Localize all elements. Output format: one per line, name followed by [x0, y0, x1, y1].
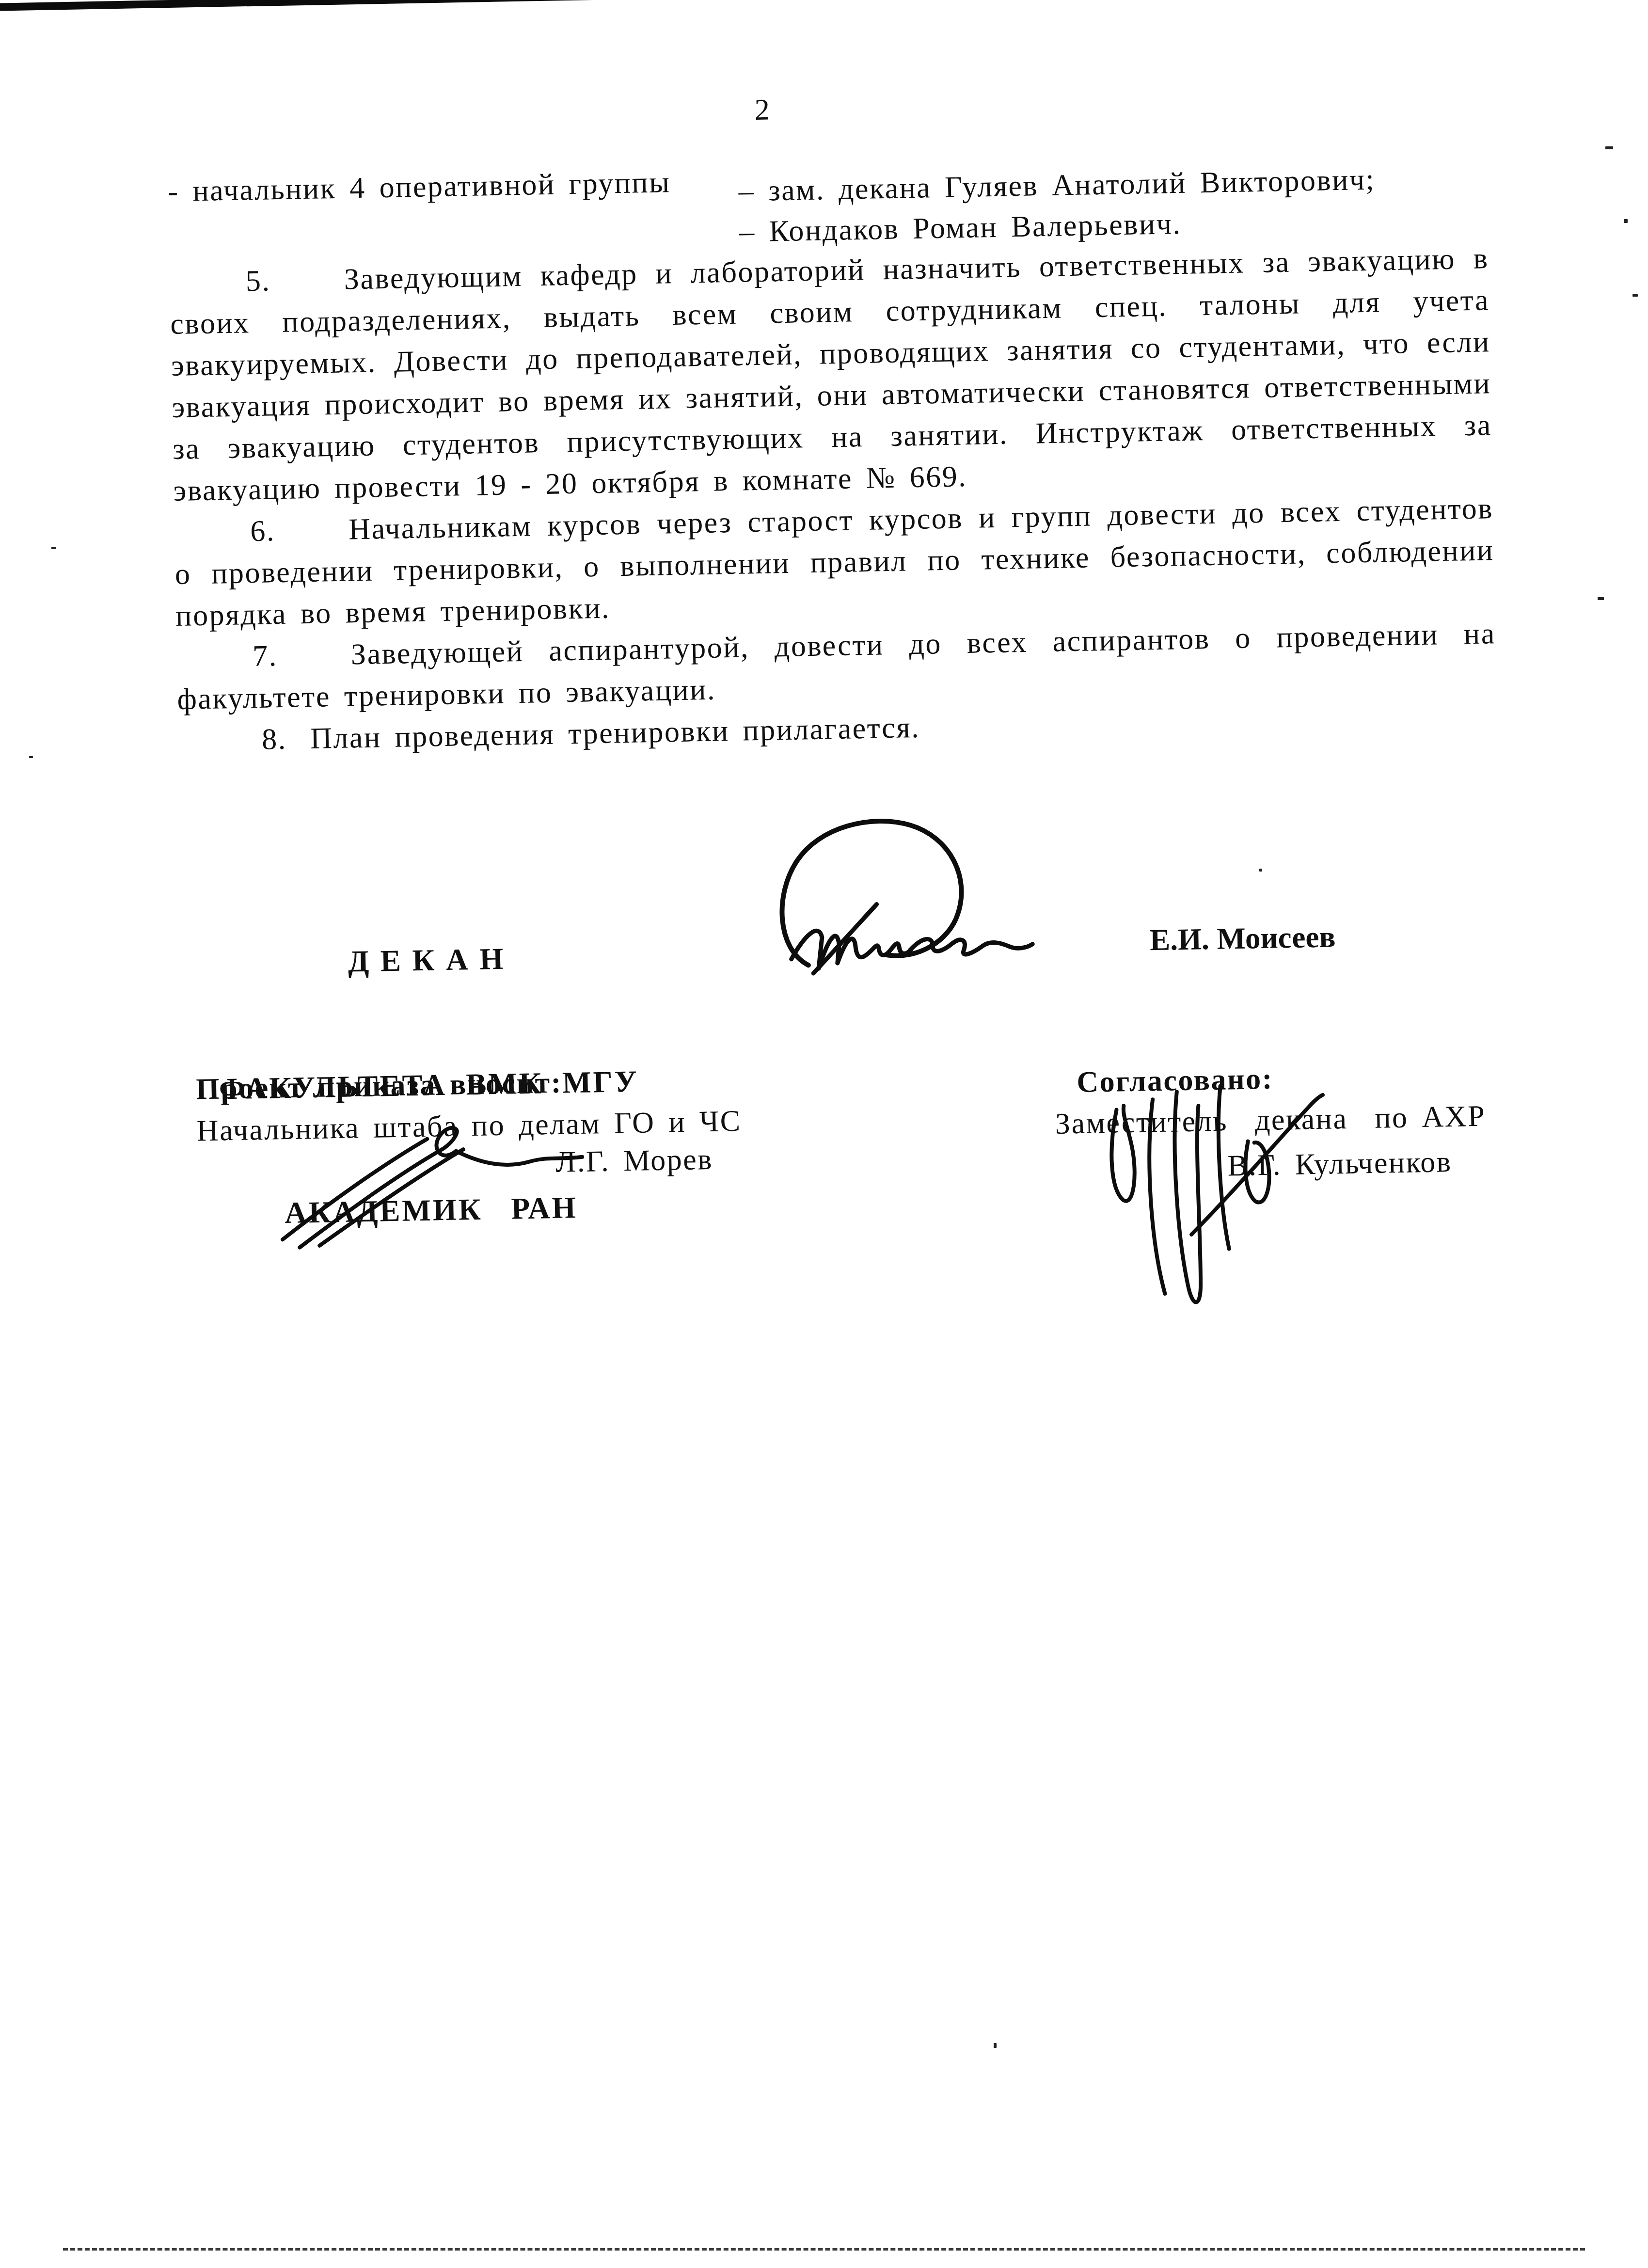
scan-speck [1598, 597, 1604, 600]
divider-line [0, 0, 1148, 11]
scan-speck [29, 756, 33, 758]
dean-name: Е.И. Моисеев [1149, 919, 1336, 958]
paragraph-6-number: 6. [174, 508, 349, 554]
scanned-document-page: { "page": { "number": "2" }, "roster": {… [0, 0, 1648, 2268]
page-number: 2 [736, 89, 790, 131]
paragraph-6: 6.Начальникам курсов через старост курсо… [174, 488, 1495, 637]
paragraph-5-number: 5. [169, 259, 345, 304]
dean-title-line-1: Д Е К А Н [200, 935, 653, 985]
scan-edge-artifact [63, 2248, 1585, 2251]
scan-speck [1259, 869, 1262, 872]
scan-speck [51, 547, 56, 549]
document-sheet: 2 - начальник 4 оперативной группы – зам… [0, 0, 1648, 2268]
paragraph-6-text: Начальникам курсов через старост курсов … [174, 492, 1494, 633]
scan-speck [1624, 219, 1628, 223]
morev-signature [271, 1120, 588, 1252]
dean-signature [760, 808, 1063, 978]
scan-speck [1605, 146, 1613, 149]
paragraph-8-number: 8. [177, 718, 311, 762]
scan-speck [994, 2043, 997, 2048]
roster-position-label: - начальник 4 оперативной группы [168, 161, 671, 212]
paragraph-5-text: Заведующим кафедр и лабораторий назначит… [170, 242, 1492, 508]
roster-person-1: – зам. декана Гуляев Анатолий Викторович… [738, 159, 1376, 212]
order-paragraphs: 5.Заведующим кафедр и лабораторий назнач… [169, 238, 1497, 762]
kulchenkov-signature [1101, 1077, 1329, 1323]
morev-name: Л.Г. Морев [555, 1139, 713, 1183]
submitted-by-title: Проект приказа вносит: [196, 1062, 563, 1110]
paragraph-5: 5.Заведующим кафедр и лабораторий назнач… [169, 238, 1493, 512]
paragraph-8-text: План проведения тренировки прилагается. [310, 711, 920, 755]
paragraph-7-number: 7. [176, 634, 351, 679]
scan-speck [1632, 294, 1638, 297]
